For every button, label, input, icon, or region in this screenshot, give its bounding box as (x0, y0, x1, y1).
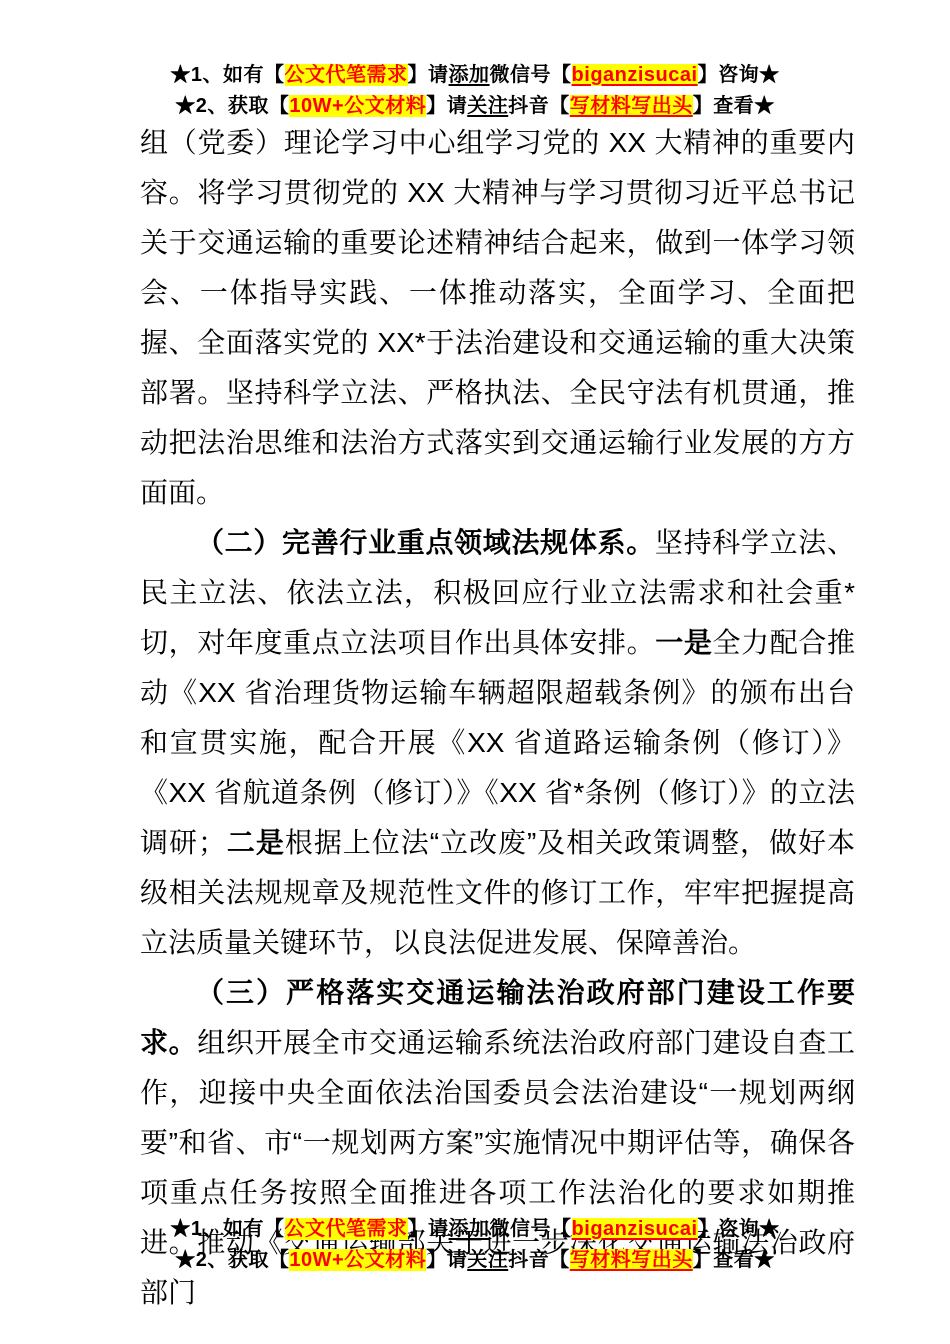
promo-text: 】咨询★ (698, 1218, 780, 1240)
footer-promo-banner: ★1、如有【公文代笔需求】请添加微信号【biganzisucai】咨询★ ★2、… (0, 1214, 950, 1276)
footer-promo-line-1: ★1、如有【公文代笔需求】请添加微信号【biganzisucai】咨询★ (0, 1214, 950, 1245)
body-text: 全力配合推动《XX 省治理货物运输车辆超限超载条例》的颁布出台和宣贯实施，配合开… (140, 627, 855, 858)
promo-text: ★1、如有【 (170, 1218, 284, 1240)
footer-promo-line-2: ★2、获取【10W+公文材料】请关注抖音【写材料写出头】查看★ (0, 1245, 950, 1276)
wechat-id-highlighted: biganzisucai (572, 1218, 698, 1240)
emphasis-first-point: 一是 (655, 627, 712, 658)
document-page: ★1、如有【公文代笔需求】请添加微信号【biganzisucai】咨询★ ★2、… (0, 0, 950, 1344)
douyin-id-highlighted: 写材料写出头 (570, 1249, 693, 1271)
header-promo-banner: ★1、如有【公文代笔需求】请添加微信号【biganzisucai】咨询★ ★2、… (0, 60, 950, 122)
underlined-term: 关注 (467, 95, 508, 117)
highlighted-term: 公文代笔需求 (285, 1218, 408, 1240)
promo-text: 微信号【 (490, 1218, 572, 1240)
highlighted-term: 10W+公文材料 (289, 95, 426, 117)
promo-text: 】请 (408, 64, 449, 86)
promo-text: 】查看★ (693, 1249, 775, 1271)
promo-text: 】请 (426, 1249, 467, 1271)
body-text: 组（党委）理论学习中心组学习党的 XX 大精神的重要内容。将学习贯彻党的 XX … (140, 127, 855, 508)
promo-text: ★2、获取【 (175, 95, 289, 117)
promo-text: ★1、如有【 (170, 64, 284, 86)
highlighted-term: 公文代笔需求 (285, 64, 408, 86)
paragraph-continuation: 组（党委）理论学习中心组学习党的 XX 大精神的重要内容。将学习贯彻党的 XX … (140, 118, 855, 518)
promo-text: 】查看★ (693, 95, 775, 117)
underlined-term: 添加 (449, 64, 490, 86)
douyin-id-highlighted: 写材料写出头 (570, 95, 693, 117)
paragraph-section-2: （二）完善行业重点领域法规体系。坚持科学立法、民主立法、依法立法，积极回应行业立… (140, 518, 855, 968)
underlined-term: 关注 (467, 1249, 508, 1271)
document-body: 组（党委）理论学习中心组学习党的 XX 大精神的重要内容。将学习贯彻党的 XX … (140, 118, 855, 1318)
highlighted-term: 10W+公文材料 (289, 1249, 426, 1271)
header-promo-line-1: ★1、如有【公文代笔需求】请添加微信号【biganzisucai】咨询★ (0, 60, 950, 91)
promo-text: ★2、获取【 (175, 1249, 289, 1271)
wechat-id-highlighted: biganzisucai (572, 64, 698, 86)
promo-text: 】请 (426, 95, 467, 117)
promo-text: 抖音【 (508, 1249, 570, 1271)
promo-text: 抖音【 (508, 95, 570, 117)
underlined-term: 添加 (449, 1218, 490, 1240)
promo-text: 】请 (408, 1218, 449, 1240)
promo-text: 微信号【 (490, 64, 572, 86)
emphasis-second-point: 二是 (226, 827, 285, 858)
section-heading: （二）完善行业重点领域法规体系。 (196, 527, 655, 558)
promo-text: 】咨询★ (698, 64, 780, 86)
